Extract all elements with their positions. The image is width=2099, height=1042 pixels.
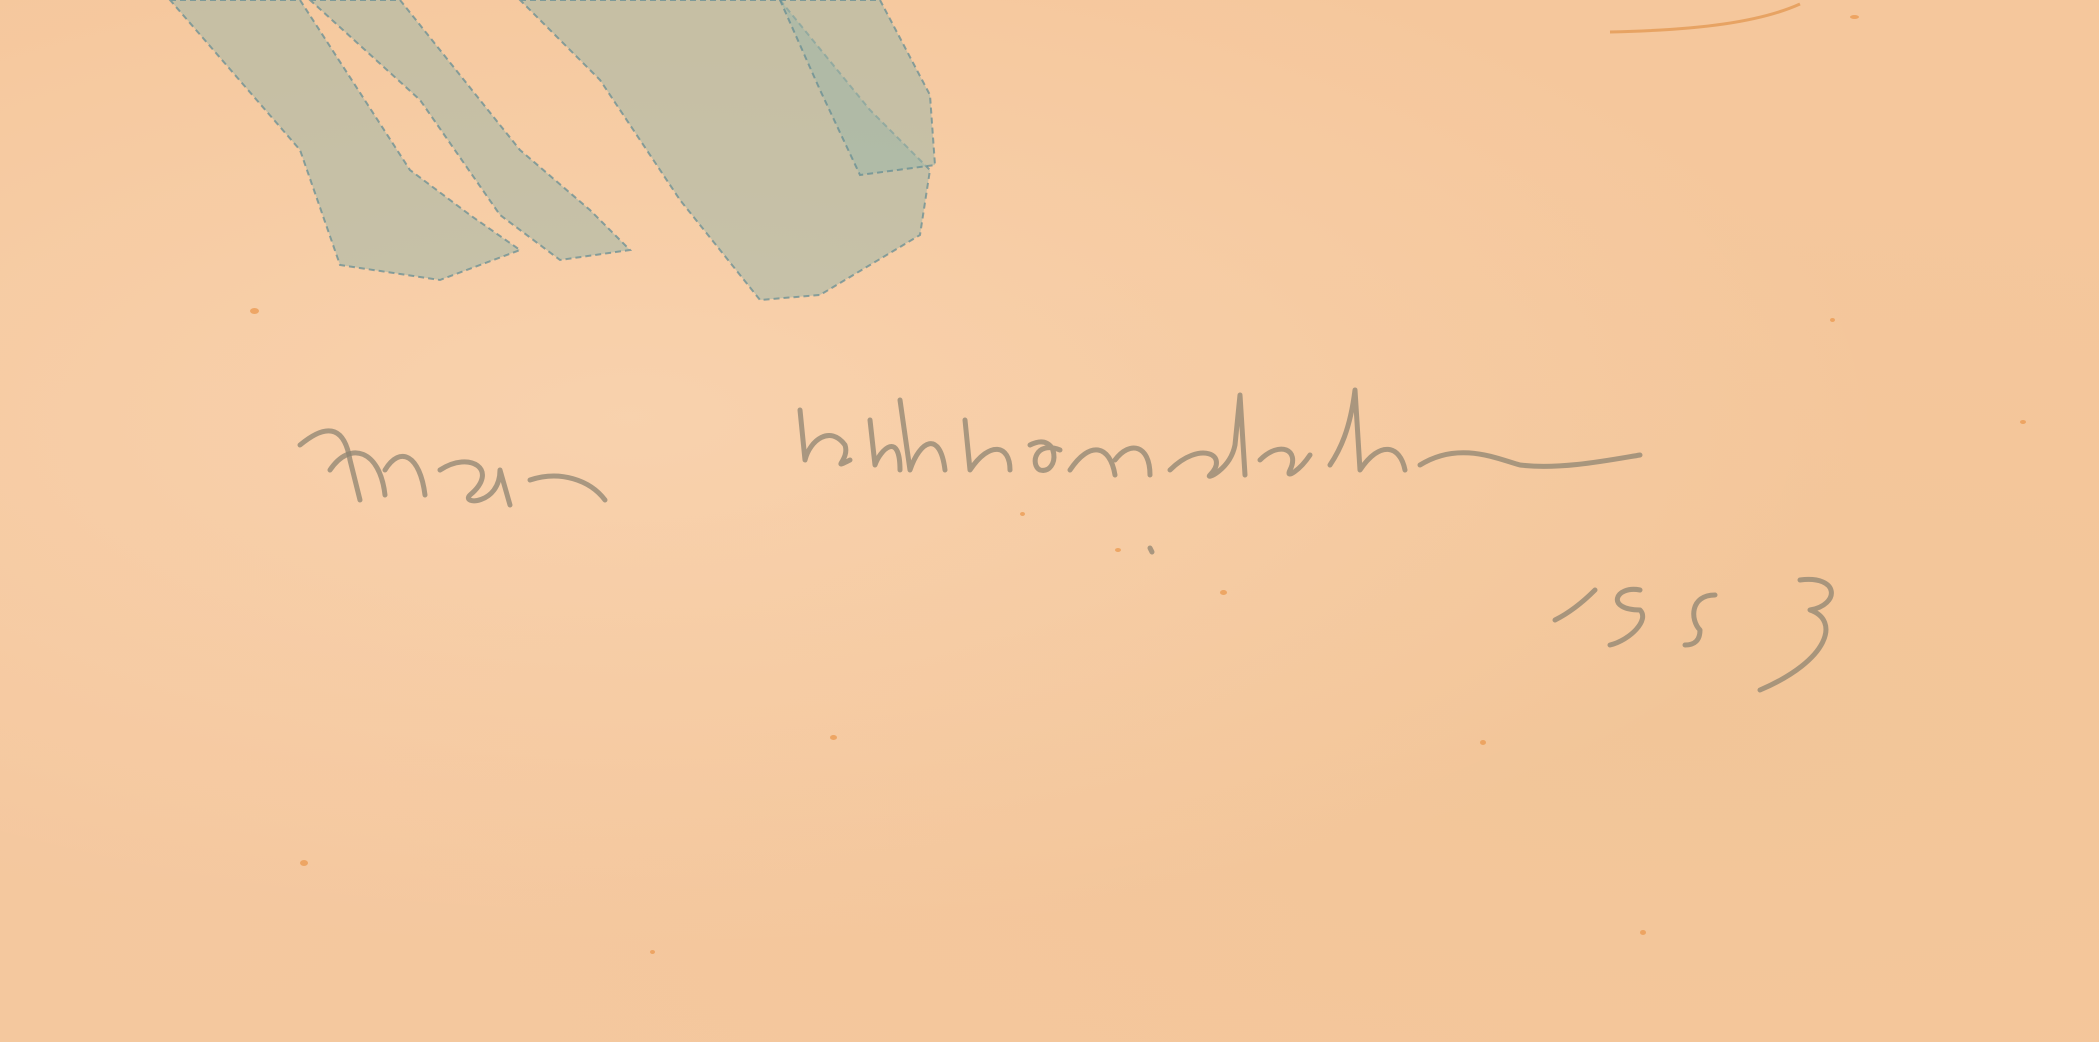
artwork-paper: Ina Wollinsdar 1953 — [0, 0, 2099, 1042]
signature-drawing — [0, 0, 2099, 1042]
signature-date: 1953 — [0, 0, 1, 1]
